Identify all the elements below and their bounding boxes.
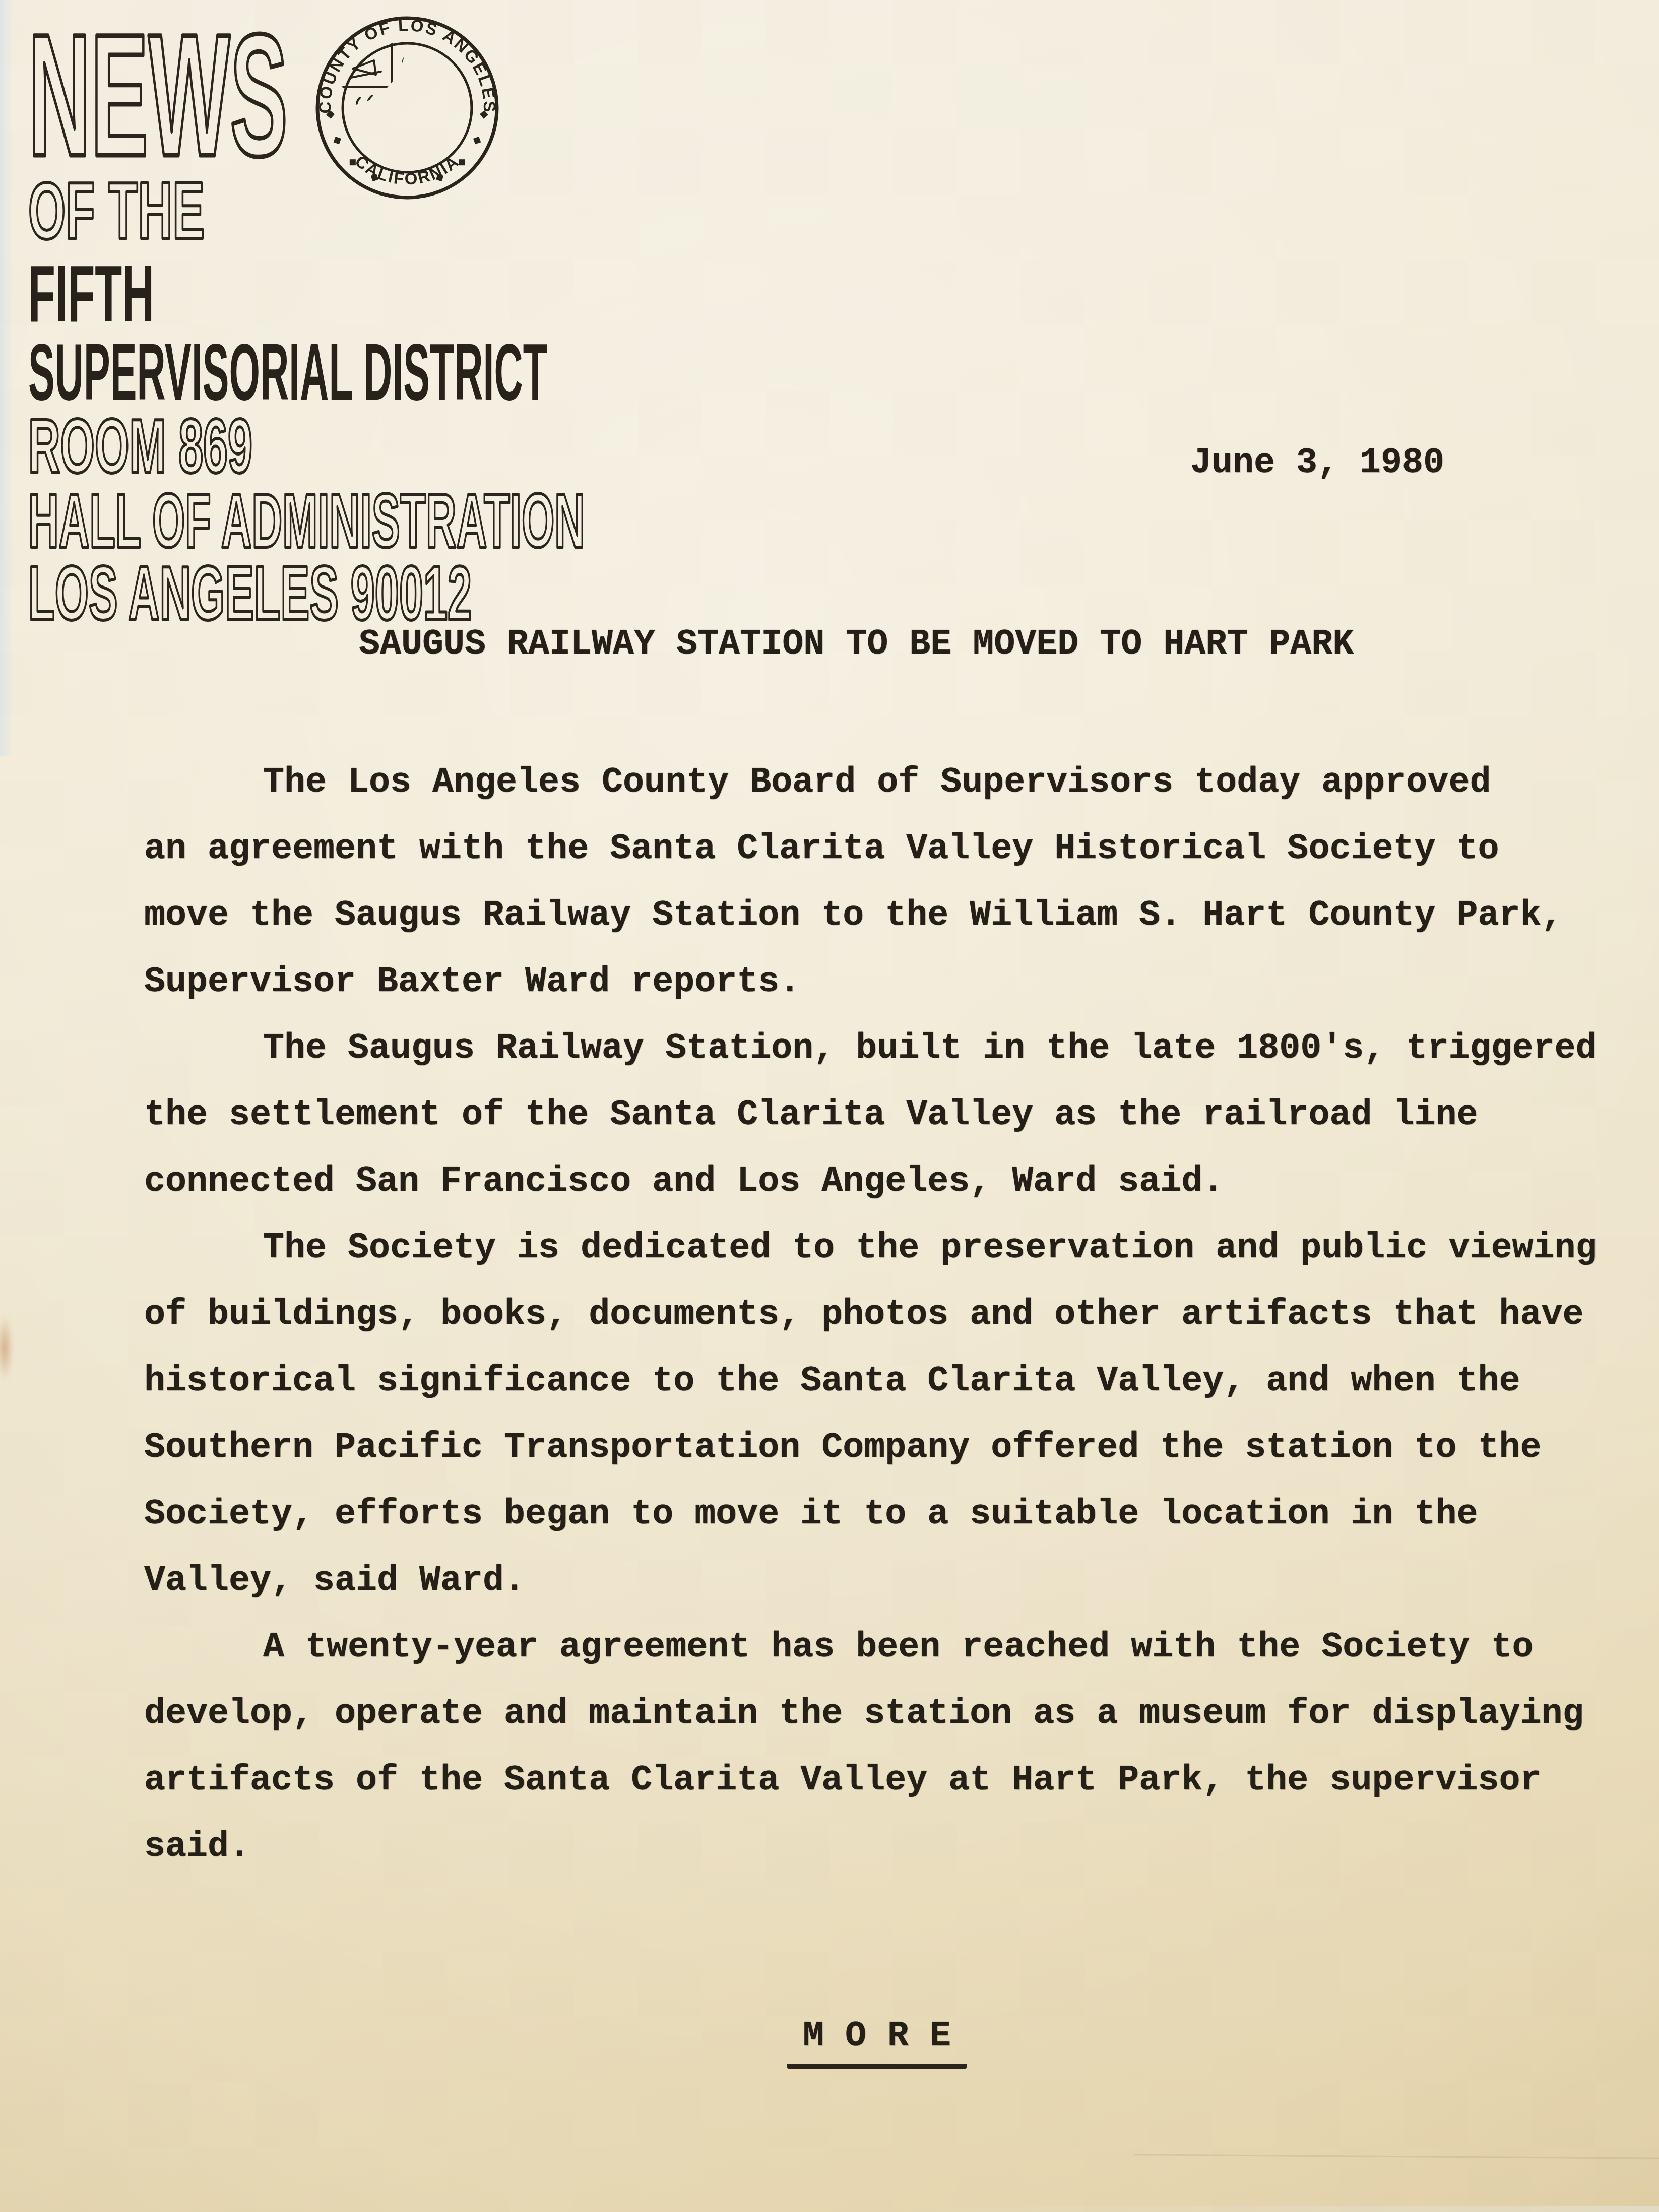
paper-crease (1134, 2154, 1659, 2159)
paragraph-line: The Los Angeles County Board of Supervis… (144, 750, 1606, 816)
letterhead-room: ROOM 869 (28, 404, 252, 489)
paragraph-line: of buildings, books, documents, photos a… (144, 1282, 1606, 1348)
paragraph-line: Supervisor Baxter Ward reports. (144, 949, 1606, 1016)
seal-arc-bottom-text: CALIFORNIA (352, 152, 463, 188)
letterhead-los-angeles-zip: LOS ANGELES 90012 (28, 551, 472, 636)
paragraph-line: Valley, said Ward. (144, 1548, 1606, 1614)
paragraph-line: Southern Pacific Transportation Company … (144, 1415, 1606, 1481)
seal-galleon-icon (351, 96, 382, 121)
dateline: June 3, 1980 (1190, 443, 1444, 483)
paragraph-line: The Society is dedicated to the preserva… (144, 1215, 1606, 1282)
more-label: M O R E (803, 2016, 951, 2056)
paragraph-line: connected San Francisco and Los Angeles,… (144, 1149, 1606, 1215)
seal-pomona-figure-icon (393, 56, 422, 170)
paragraph-line: The Saugus Railway Station, built in the… (144, 1016, 1606, 1082)
paragraph-line: artifacts of the Santa Clarita Valley at… (144, 1747, 1606, 1814)
paragraph-line: move the Saugus Railway Station to the W… (144, 883, 1606, 949)
press-release-page: NEWS OF THE FIFTH SUPERVISORIAL DISTRICT… (0, 0, 1659, 2212)
body-text: The Los Angeles County Board of Supervis… (144, 750, 1606, 1880)
letterhead-fifth: FIFTH (28, 248, 154, 339)
paragraph-line: said. (144, 1814, 1606, 1880)
headline: SAUGUS RAILWAY STATION TO BE MOVED TO HA… (359, 625, 1354, 665)
rust-stain (0, 1315, 13, 1381)
paper-bottom-edge (903, 2206, 1659, 2212)
letterhead-of-the: OF THE (28, 165, 205, 255)
seal-cross-and-bowl-icon (428, 93, 471, 128)
paragraph-line: A twenty-year agreement has been reached… (144, 1614, 1606, 1681)
paper-left-edge-highlight (0, 0, 13, 756)
paragraph-line: an agreement with the Santa Clarita Vall… (144, 816, 1606, 883)
paragraph-line: historical significance to the Santa Cla… (144, 1348, 1606, 1415)
paragraph-line: the settlement of the Santa Clarita Vall… (144, 1082, 1606, 1149)
seal-engineering-instruments-icon (351, 60, 381, 78)
more-continuation-marker: M O R E (787, 2016, 967, 2069)
paragraph-line: develop, operate and maintain the statio… (144, 1681, 1606, 1747)
paragraph-line: Society, efforts began to move it to a s… (144, 1481, 1606, 1548)
county-of-los-angeles-seal-icon: COUNTY OF LOS ANGELES CALIFORNIA (313, 14, 501, 202)
